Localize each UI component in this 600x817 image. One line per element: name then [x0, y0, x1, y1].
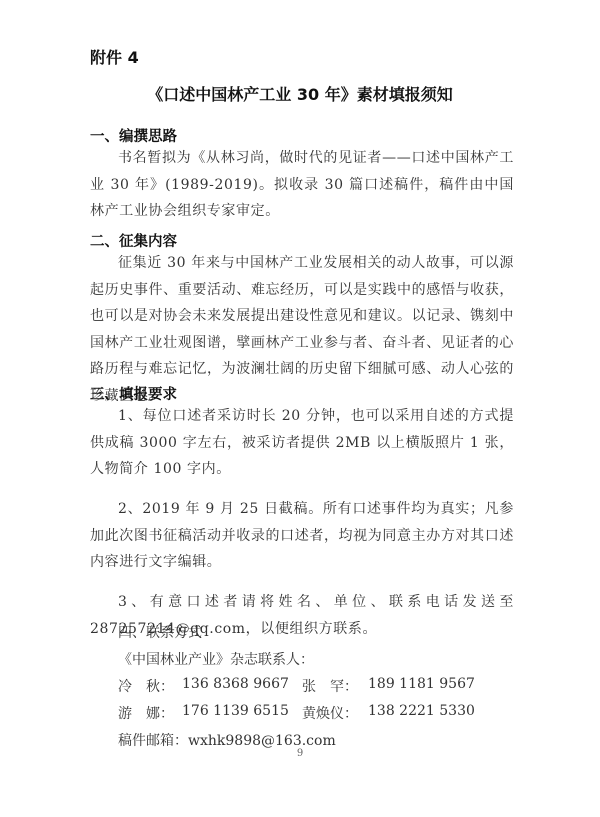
section-heading-1: 一、编撰思路 [90, 125, 177, 146]
submission-email: 稿件邮箱：wxhk9898@163.com [118, 730, 336, 750]
attachment-label: 附件 4 [90, 45, 139, 68]
section-heading-3: 三、填报要求 [90, 383, 177, 404]
contact-phone: 136 8368 9667 [182, 676, 289, 692]
contact-phone: 138 2221 5330 [368, 703, 475, 719]
section-heading-2: 二、征集内容 [90, 230, 177, 251]
section-1-paragraph: 书名暂拟为《从林习尚，做时代的见证者——口述中国林产工业 30 年》(1989-… [90, 145, 514, 225]
requirement-2: 2、2019 年 9 月 25 日截稿。所有口述事件均为真实；凡参加此次图书征稿… [90, 496, 514, 576]
contact-phone: 176 1139 6515 [182, 703, 289, 719]
requirement-1: 1、每位口述者采访时长 20 分钟，也可以采用自述的方式提供成稿 3000 字左… [90, 403, 514, 483]
contact-name: 黄焕仪： [302, 703, 358, 723]
contact-name: 游 娜： [118, 703, 174, 723]
contact-phone: 189 1181 9567 [368, 676, 475, 692]
magazine-contact-line: 《中国林业产业》杂志联系人： [118, 649, 314, 669]
contact-name: 张 罕： [302, 676, 358, 696]
page-number: 9 [0, 748, 600, 759]
contact-heading: 四、联系方式 [118, 622, 202, 642]
document-title: 《口述中国林产工业 30 年》素材填报须知 [0, 82, 600, 105]
document-page: 附件 4 《口述中国林产工业 30 年》素材填报须知 一、编撰思路 书名暂拟为《… [0, 0, 600, 817]
contact-name: 冷 秋： [118, 676, 174, 696]
